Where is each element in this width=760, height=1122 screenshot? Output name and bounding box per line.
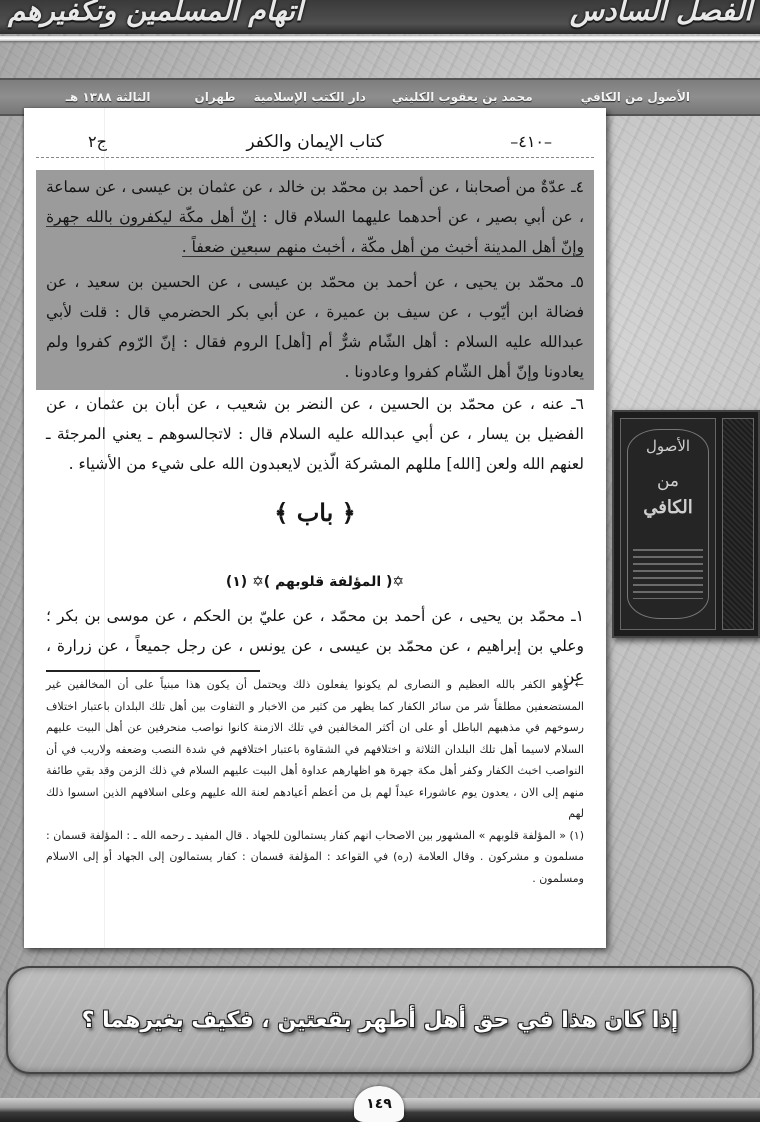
callout-text: إذا كان هذا في حق أهل أطهر بقعتين ، فكيف… — [82, 1008, 679, 1033]
scanned-book-page: –٤١٠– كتاب الإيمان والكفر ج٢ ٤ـ عدّةٌ من… — [24, 108, 606, 948]
source-edition: الثالثة ١٣٨٨ هـ — [66, 90, 151, 104]
book-cover-image: الأصول من الكافي — [612, 410, 760, 638]
header-divider — [0, 36, 760, 41]
chapter-title: الفصل السادس — [570, 0, 752, 27]
source-book: الأصول من الكافي — [581, 90, 690, 104]
footnote-rule — [46, 670, 260, 672]
chapter-heading: ﴿ باب ﴾ — [24, 498, 606, 527]
book-front-cover: الأصول من الكافي — [620, 418, 716, 630]
running-title: كتاب الإيمان والكفر — [246, 132, 383, 152]
footnotes: ← وهو الكفر بالله العظيم و النصارى لم يك… — [46, 674, 584, 889]
commentary-callout: إذا كان هذا في حق أهل أطهر بقعتين ، فكيف… — [6, 966, 754, 1074]
chapter-subheading: ✡( المؤلفة قلوبهم )✡ (١) — [24, 574, 606, 590]
source-city: طهران — [195, 90, 236, 104]
footnote-1: (١) « المؤلفة قلوبهم » المشهور بين الاصح… — [46, 825, 584, 890]
source-author: محمد بن يعقوب الكليني — [392, 90, 533, 104]
section-title: اتهام المسلمين وتكفيرهم — [8, 0, 303, 27]
hadith-paragraph-6: ٦ـ عنه ، عن محمّد بن الحسين ، عن النضر ب… — [46, 389, 584, 479]
cover-title-line-1: الأصول — [621, 437, 715, 455]
footnote-continued: ← وهو الكفر بالله العظيم و النصارى لم يك… — [46, 674, 584, 825]
page-number-badge: ١٤٩ — [354, 1086, 404, 1122]
hadith-paragraph-5: ٥ـ محمّد بن يحيى ، عن أحمد بن محمّد بن ع… — [46, 267, 584, 387]
hadith-paragraph-4: ٤ـ عدّةٌ من أصحابنا ، عن أحمد بن محمّد ب… — [46, 172, 584, 262]
cover-title-line-2: من — [621, 471, 715, 491]
page-running-header: –٤١٠– كتاب الإيمان والكفر ج٢ — [36, 116, 594, 158]
book-spine-pattern — [722, 418, 754, 630]
source-publisher: دار الكتب الإسلامية — [254, 90, 366, 104]
cover-subtitle-lines — [633, 549, 703, 599]
chapter-header-band: الفصل السادس اتهام المسلمين وتكفيرهم — [0, 0, 760, 34]
volume-label: ج٢ — [88, 132, 107, 151]
scan-page-number: –٤١٠– — [510, 132, 552, 151]
cover-title-line-3: الكافي — [621, 497, 715, 518]
